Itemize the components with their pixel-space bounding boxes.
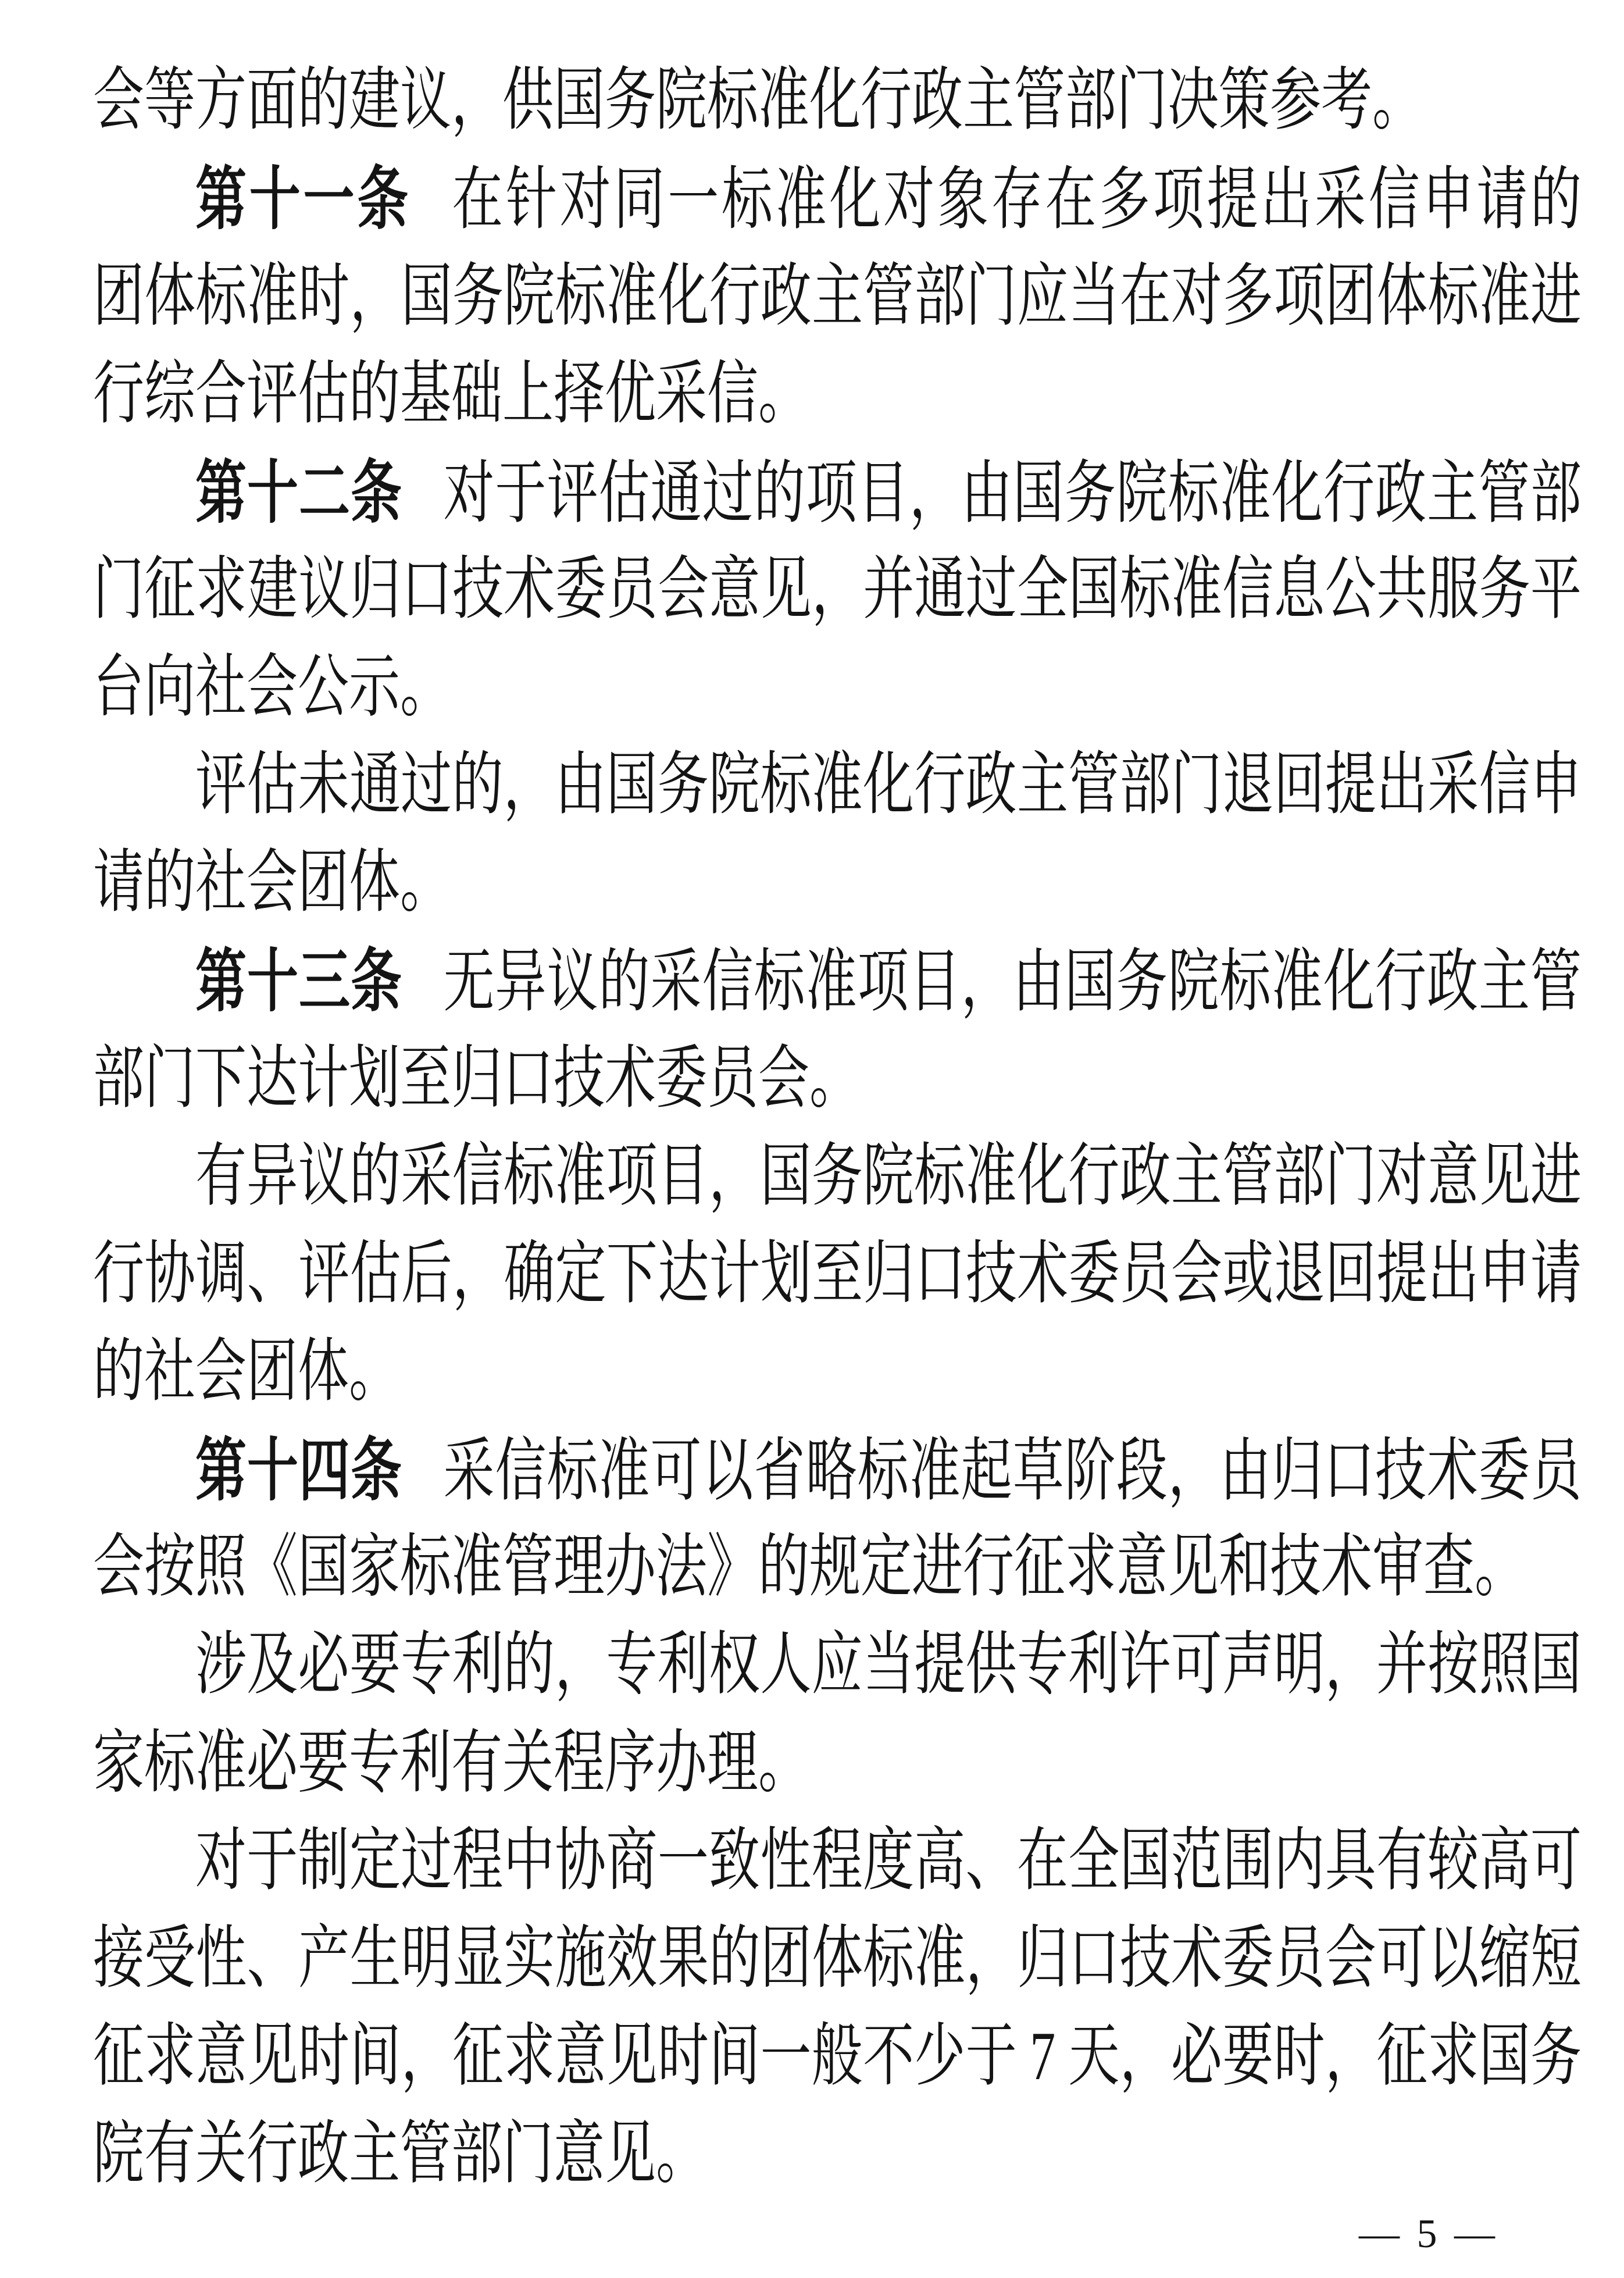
text-line: 门征求建议归口技术委员会意见，并通过全国标准信息公共服务平 [93, 541, 1582, 639]
text-line: 院有关行政主管部门意见。 [93, 2106, 1582, 2204]
page-number: — 5 — [1359, 2211, 1498, 2258]
text-line: 的社会团体。 [93, 1324, 1582, 1421]
text-line: 请的社会团体。 [93, 835, 1582, 932]
line-text: 请的社会团体。 [93, 846, 451, 921]
text-line: 团体标准时，国务院标准化行政主管部门应当在对多项团体标准进 [93, 248, 1582, 345]
document-body: 会等方面的建议，供国务院标准化行政主管部门决策参考。 第十一条在针对同一标准化对… [93, 52, 1582, 2204]
line-text: 门征求建议归口技术委员会意见，并通过全国标准信息公共服务平 [93, 552, 1582, 628]
scanned-document-page: 会等方面的建议，供国务院标准化行政主管部门决策参考。 第十一条在针对同一标准化对… [0, 0, 1624, 2278]
text-line: 有异议的采信标准项目，国务院标准化行政主管部门对意见进 [93, 1128, 1582, 1225]
line-text: 对于制定过程中协商一致性程度高、在全国范围内具有较高可 [195, 1823, 1582, 1899]
line-text: 对于评估通过的项目，由国务院标准化行政主管部 [443, 456, 1582, 532]
line-text: 无异议的采信标准项目，由国务院标准化行政主管 [443, 945, 1582, 1021]
article-number: 第十二条 [195, 454, 402, 531]
article-number: 第十四条 [195, 1431, 402, 1509]
article-12-heading-line: 第十二条对于评估通过的项目，由国务院标准化行政主管部 [93, 444, 1582, 541]
line-text: 涉及必要专利的，专利权人应当提供专利许可声明，并按照国 [195, 1628, 1582, 1703]
line-text: 部门下达计划至归口技术委员会。 [93, 1041, 861, 1117]
line-text: 接受性、产生明显实施效果的团体标准，归口技术委员会可以缩短 [93, 1921, 1582, 1997]
text-line: 家标准必要专利有关程序办理。 [93, 1714, 1582, 1812]
line-text: 会按照《国家标准管理办法》的规定进行征求意见和技术审查。 [93, 1530, 1526, 1606]
line-text: 评估未通过的，由国务院标准化行政主管部门退回提出采信申 [195, 748, 1582, 823]
article-number: 第十三条 [195, 943, 402, 1020]
line-text: 征求意见时间，征求意见时间一般不少于 7 天，必要时，征求国务 [93, 2019, 1582, 2094]
text-line: 会等方面的建议，供国务院标准化行政主管部门决策参考。 [93, 52, 1582, 150]
article-13-heading-line: 第十三条无异议的采信标准项目，由国务院标准化行政主管 [93, 932, 1582, 1030]
line-text: 行协调、评估后，确定下达计划至归口技术委员会或退回提出申请 [93, 1236, 1582, 1312]
article-11-heading-line: 第十一条在针对同一标准化对象存在多项提出采信申请的 [93, 150, 1582, 248]
article-14-heading-line: 第十四条采信标准可以省略标准起草阶段，由归口技术委员 [93, 1421, 1582, 1519]
text-line: 评估未通过的，由国务院标准化行政主管部门退回提出采信申 [93, 737, 1582, 835]
text-line: 对于制定过程中协商一致性程度高、在全国范围内具有较高可 [93, 1812, 1582, 1910]
line-text: 行综合评估的基础上择优采信。 [93, 357, 809, 432]
article-number: 第十一条 [195, 161, 411, 238]
line-text: 有异议的采信标准项目，国务院标准化行政主管部门对意见进 [195, 1139, 1582, 1214]
line-text: 采信标准可以省略标准起草阶段，由归口技术委员 [443, 1434, 1582, 1509]
line-text: 家标准必要专利有关程序办理。 [93, 1726, 809, 1801]
text-line: 征求意见时间，征求意见时间一般不少于 7 天，必要时，征求国务 [93, 2008, 1582, 2106]
line-text: 台向社会公示。 [93, 650, 451, 726]
text-line: 部门下达计划至归口技术委员会。 [93, 1030, 1582, 1128]
text-line: 行协调、评估后，确定下达计划至归口技术委员会或退回提出申请 [93, 1226, 1582, 1324]
line-text: 的社会团体。 [93, 1334, 400, 1410]
text-line: 接受性、产生明显实施效果的团体标准，归口技术委员会可以缩短 [93, 1910, 1582, 2008]
text-line: 涉及必要专利的，专利权人应当提供专利许可声明，并按照国 [93, 1617, 1582, 1714]
text-line: 行综合评估的基础上择优采信。 [93, 345, 1582, 443]
line-text: 院有关行政主管部门意见。 [93, 2116, 707, 2192]
text-line: 会按照《国家标准管理办法》的规定进行征求意见和技术审查。 [93, 1519, 1582, 1617]
line-text: 团体标准时，国务院标准化行政主管部门应当在对多项团体标准进 [93, 259, 1582, 334]
text-line: 台向社会公示。 [93, 639, 1582, 737]
line-text: 会等方面的建议，供国务院标准化行政主管部门决策参考。 [93, 63, 1423, 139]
line-text: 在针对同一标准化对象存在多项提出采信申请的 [452, 163, 1582, 238]
